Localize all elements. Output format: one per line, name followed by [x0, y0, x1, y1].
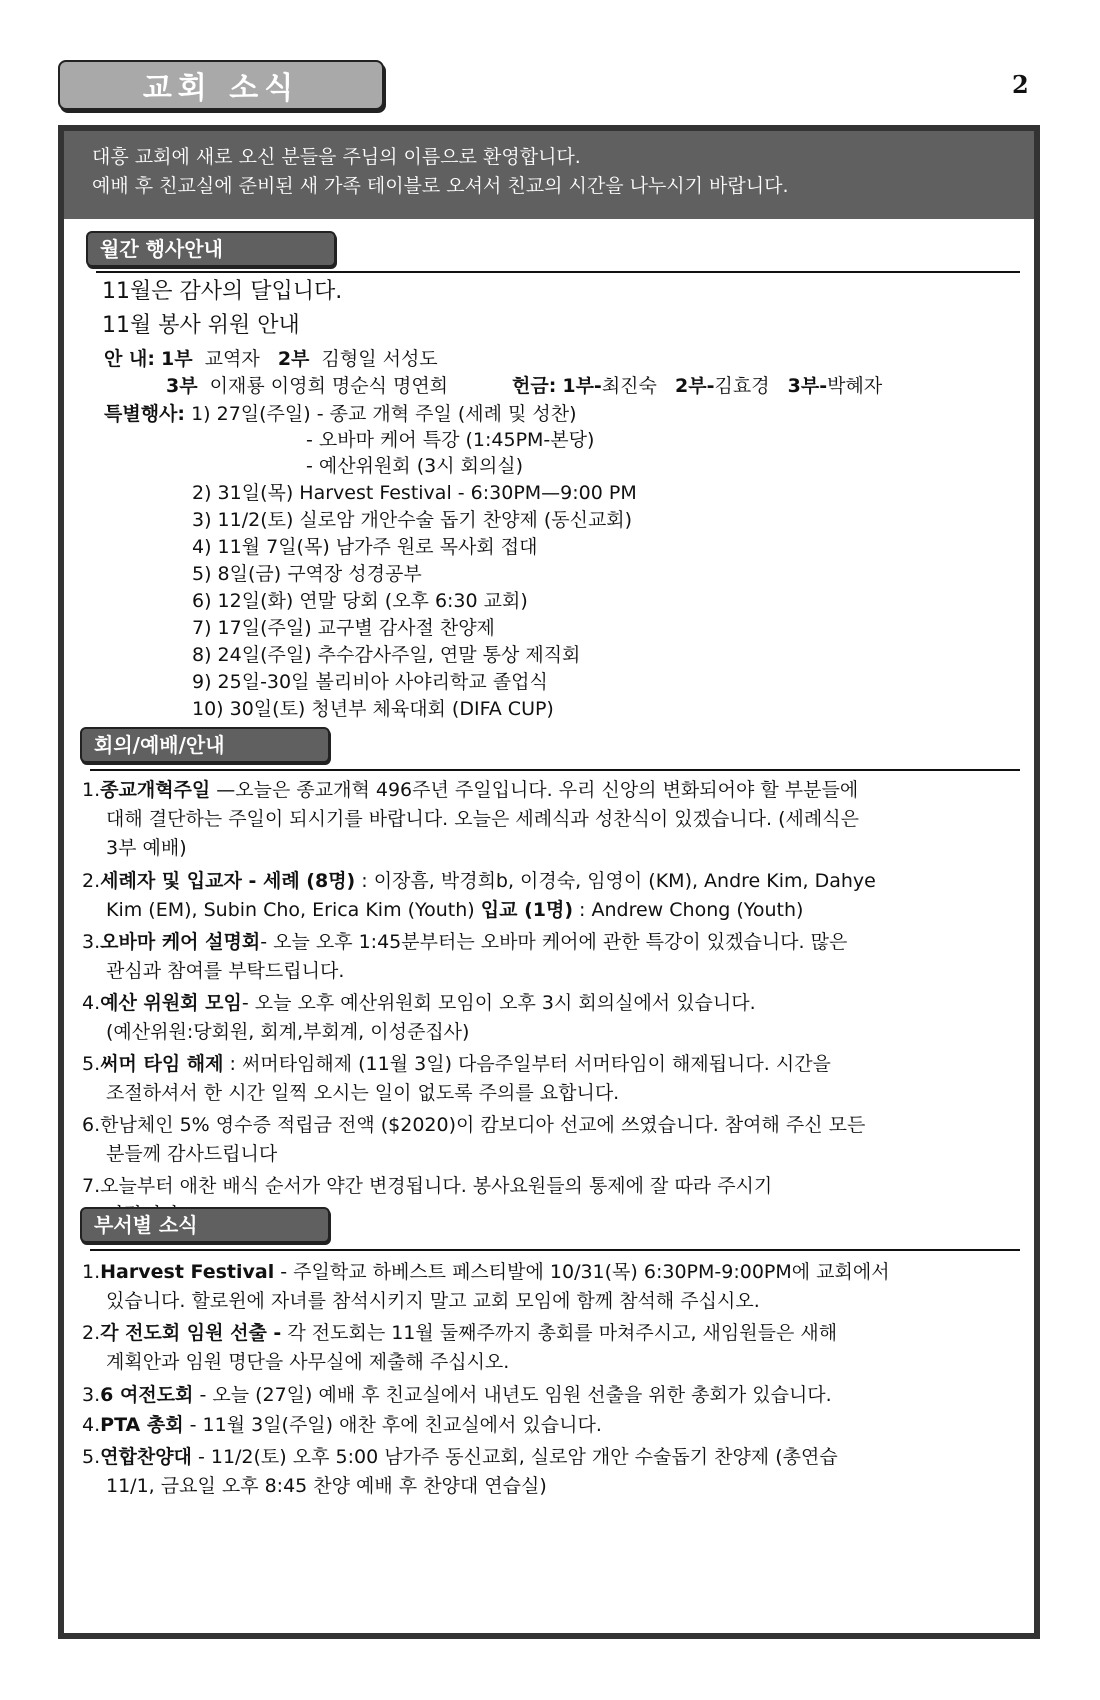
department-item: 4.PTA 총회 - 11월 3일(주일) 애찬 후에 친교실에서 있습니다.: [82, 1411, 1022, 1440]
section-tab-meetings: 회의/예배/안내: [80, 727, 330, 763]
notice-text: 3부 예배): [82, 834, 1022, 863]
guide-label: 안 내:: [104, 348, 155, 370]
section-tab-label: 회의/예배/안내: [94, 733, 225, 757]
special-event-sub: - 예산위원회 (3시 회의실): [306, 453, 523, 480]
notice-title: 종교개혁주일: [100, 779, 210, 801]
notice-number: 1.: [82, 1261, 100, 1283]
notice-text: - 오늘 오후 예산위원회 모임이 오후 3시 회의실에서 있습니다.: [242, 992, 756, 1014]
service-1-label: 1부: [161, 348, 193, 370]
page-number: 2: [1012, 70, 1029, 99]
service-3-label: 3부: [166, 375, 198, 397]
notice-text: : 써머타임해제 (11월 3일) 다음주일부터 서머타임이 해제됩니다. 시간…: [224, 1053, 831, 1075]
event-item: 5) 8일(금) 구역장 성경공부: [192, 561, 422, 588]
welcome-line: 대흥 교회에 새로 오신 분들을 주님의 이름으로 환영합니다.: [92, 143, 1034, 172]
notice-item: 3.오바마 케어 설명회- 오늘 오후 1:45분부터는 오바마 케어에 관한 …: [82, 928, 1022, 986]
welcome-line: 예배 후 친교실에 준비된 새 가족 테이블로 오셔서 친교의 시간을 나누시기…: [92, 172, 1034, 201]
notice-text: —오늘은 종교개혁 496주년 주일입니다. 우리 신앙의 변화되어야 할 부분…: [210, 779, 858, 801]
monthly-headline: 11월은 감사의 달입니다.: [102, 278, 342, 305]
event-item: 3) 11/2(토) 실로암 개안수술 돕기 찬양제 (동신교회): [192, 507, 632, 534]
notice-number: 4.: [82, 992, 100, 1014]
offering-label: 헌금:: [512, 375, 556, 397]
section-tab-monthly: 월간 행사안내: [86, 231, 336, 267]
notice-item: 6.한남체인 5% 영수증 적립금 전액 ($2020)이 캄보디아 선교에 쓰…: [82, 1111, 1022, 1169]
notice-number: 5.: [82, 1446, 100, 1468]
event-item: 7) 17일(주일) 교구별 감사절 찬양제: [192, 615, 495, 642]
notice-text: - 오늘 오후 1:45분부터는 오바마 케어에 관한 특강이 있겠습니다. 많…: [260, 931, 847, 953]
department-item: 5.연합찬양대 - 11/2(토) 오후 5:00 남가주 동신교회, 실로암 …: [82, 1443, 1022, 1501]
offering-2-name: 김효경: [714, 375, 769, 397]
notice-number: 4.: [82, 1414, 100, 1436]
offering-2-label: 2부-: [675, 375, 714, 397]
notice-title: PTA 총회: [100, 1414, 183, 1436]
notice-number: 3.: [82, 1384, 100, 1406]
notice-subtitle: 입교 (1명): [481, 899, 573, 921]
notice-text: : 이장흠, 박경희b, 이경숙, 임영이 (KM), Andre Kim, D…: [355, 870, 876, 892]
department-item: 1.Harvest Festival - 주일학교 하베스트 페스티발에 10/…: [82, 1258, 1022, 1316]
notice-text: 11/1, 금요일 오후 8:45 찬양 예배 후 찬양대 연습실): [82, 1472, 1022, 1501]
notice-number: 5.: [82, 1053, 100, 1075]
special-event-1: 1) 27일(주일) - 종교 개혁 주일 (세례 및 성찬): [191, 403, 576, 425]
notice-text: 각 전도회는 11월 둘째주까지 총회를 마쳐주시고, 새임원들은 새해: [281, 1322, 837, 1344]
section-tab-label: 부서별 소식: [94, 1213, 198, 1237]
notice-text: 있습니다. 할로윈에 자녀를 참석시키지 말고 교회 모임에 함께 참석해 주십…: [82, 1287, 1022, 1316]
notice-text: 한남체인 5% 영수증 적립금 전액 ($2020)이 캄보디아 선교에 쓰였습…: [100, 1114, 865, 1136]
notice-text: - 주일학교 하베스트 페스티발에 10/31(목) 6:30PM-9:00PM…: [274, 1261, 889, 1283]
notice-title: 오바마 케어 설명회: [100, 931, 260, 953]
notice-item: 4.예산 위원회 모임- 오늘 오후 예산위원회 모임이 오후 3시 회의실에서…: [82, 989, 1022, 1047]
event-item: 9) 25일-30일 볼리비아 사야리학교 졸업식: [192, 669, 548, 696]
welcome-banner: 대흥 교회에 새로 오신 분들을 주님의 이름으로 환영합니다. 예배 후 친교…: [64, 131, 1034, 219]
notice-text: : Andrew Chong (Youth): [573, 899, 803, 921]
department-item: 2.각 전도회 임원 선출 - 각 전도회는 11월 둘째주까지 총회를 마쳐주…: [82, 1319, 1022, 1377]
guide-row-2: 3부 이재룡 이영희 명순식 명연희: [166, 373, 448, 400]
section-divider: [90, 1249, 1020, 1251]
notice-text: 분들께 감사드립니다: [82, 1140, 1022, 1169]
section-divider: [96, 271, 1020, 273]
special-events-row: 특별행사: 1) 27일(주일) - 종교 개혁 주일 (세례 및 성찬): [104, 401, 577, 428]
service-3-names: 이재룡 이영희 명순식 명연희: [210, 375, 448, 397]
notice-text: Kim (EM), Subin Cho, Erica Kim (Youth) 입…: [82, 896, 1022, 925]
service-1-names: 교역자: [205, 348, 260, 370]
offering-3-label: 3부-: [788, 375, 827, 397]
event-item: 8) 24일(주일) 추수감사주일, 연말 통상 제직회: [192, 642, 580, 669]
notice-number: 7.: [82, 1175, 100, 1197]
notice-number: 3.: [82, 931, 100, 953]
notice-title: 연합찬양대: [100, 1446, 192, 1468]
department-item: 3.6 여전도회 - 오늘 (27일) 예배 후 친교실에서 내년도 임원 선출…: [82, 1381, 1022, 1410]
notice-number: 2.: [82, 870, 100, 892]
notice-text: 관심과 참여를 부탁드립니다.: [82, 957, 1022, 986]
event-item: 4) 11월 7일(목) 남가주 원로 목사회 접대: [192, 534, 537, 561]
service-2-label: 2부: [278, 348, 310, 370]
event-item: 6) 12일(화) 연말 당회 (오후 6:30 교회): [192, 588, 528, 615]
notice-text: Kim (EM), Subin Cho, Erica Kim (Youth): [106, 899, 481, 921]
notice-text: 대해 결단하는 주일이 되시기를 바랍니다. 오늘은 세례식과 성찬식이 있겠습…: [82, 805, 1022, 834]
offering-3-name: 박혜자: [827, 375, 882, 397]
notice-text: - 11월 3일(주일) 애찬 후에 친교실에서 있습니다.: [184, 1414, 602, 1436]
special-events-label: 특별행사:: [104, 403, 185, 425]
section-divider: [90, 769, 1020, 771]
offering-1-name: 최진숙: [602, 375, 657, 397]
offering-row: 헌금: 1부-최진숙 2부-김효경 3부-박혜자: [512, 373, 882, 400]
event-item: 10) 30일(토) 청년부 체육대회 (DIFA CUP): [192, 696, 554, 723]
notice-text: - 11/2(토) 오후 5:00 남가주 동신교회, 실로암 개안 수술돕기 …: [192, 1446, 838, 1468]
notice-item: 1.종교개혁주일 —오늘은 종교개혁 496주년 주일입니다. 우리 신앙의 변…: [82, 776, 1022, 863]
content-frame: 대흥 교회에 새로 오신 분들을 주님의 이름으로 환영합니다. 예배 후 친교…: [58, 125, 1040, 1639]
notice-text: 계획안과 임원 명단을 사무실에 제출해 주십시오.: [82, 1348, 1022, 1377]
volunteer-headline: 11월 봉사 위원 안내: [102, 312, 300, 339]
notice-item: 5.써머 타임 해제 : 써머타임해제 (11월 3일) 다음주일부터 서머타임…: [82, 1050, 1022, 1108]
event-item: 2) 31일(목) Harvest Festival - 6:30PM—9:00…: [192, 480, 637, 507]
notice-text: 오늘부터 애찬 배식 순서가 약간 변경됩니다. 봉사요원들의 통제에 잘 따라…: [100, 1175, 772, 1197]
offering-1-label: 1부-: [562, 375, 601, 397]
notice-text: (예산위원:당회원, 회계,부회계, 이성준집사): [82, 1018, 1022, 1047]
service-2-names: 김형일 서성도: [322, 348, 438, 370]
notice-number: 6.: [82, 1114, 100, 1136]
notice-title: 각 전도회 임원 선출 -: [100, 1322, 281, 1344]
notice-number: 2.: [82, 1322, 100, 1344]
section-tab-label: 월간 행사안내: [100, 237, 223, 261]
notice-title: 세례자 및 입교자 - 세례 (8명): [100, 870, 355, 892]
special-event-sub: - 오바마 케어 특강 (1:45PM-본당): [306, 427, 594, 454]
notice-text: - 오늘 (27일) 예배 후 친교실에서 내년도 임원 선출을 위한 총회가 …: [193, 1384, 831, 1406]
section-tab-departments: 부서별 소식: [80, 1207, 330, 1243]
notice-title: 써머 타임 해제: [100, 1053, 223, 1075]
notice-title: 6 여전도회: [100, 1384, 193, 1406]
notice-text: 조절하셔서 한 시간 일찍 오시는 일이 없도록 주의를 요합니다.: [82, 1079, 1022, 1108]
notice-title: 예산 위원회 모임: [100, 992, 242, 1014]
guide-row-1: 안 내: 1부 교역자 2부 김형일 서성도: [104, 346, 438, 373]
page-title: 교회 소식: [143, 63, 299, 107]
page-title-box: 교회 소식: [58, 60, 384, 110]
notice-item: 2.세례자 및 입교자 - 세례 (8명) : 이장흠, 박경희b, 이경숙, …: [82, 867, 1022, 925]
notice-title: Harvest Festival: [100, 1261, 274, 1283]
notice-number: 1.: [82, 779, 100, 801]
